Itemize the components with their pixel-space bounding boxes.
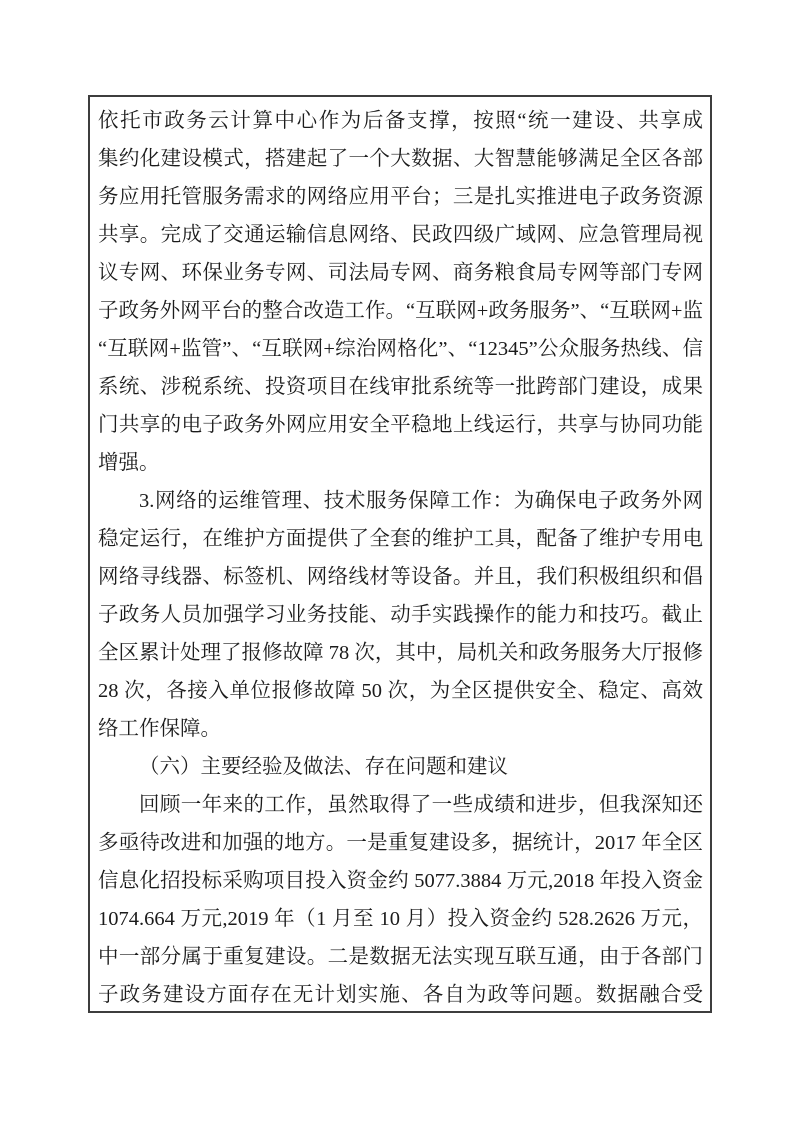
text-line: 集约化建设模式，搭建起了一个大数据、大智慧能够满足全区各部门政 — [98, 140, 703, 178]
text-line: “互联网+监管”、“互联网+综治网格化”、“12345”公众服务热线、信访 — [98, 330, 703, 368]
document-text-frame: 依托市政务云计算中心作为后备支撑，按照“统一建设、共享成果”的集约化建设模式，搭… — [88, 95, 712, 1013]
text-line: 28 次，各接入单位报修故障 50 次，为全区提供安全、稳定、高效的网 — [98, 672, 703, 710]
text-line: 全区累计处理了报修故障 78 次，其中，局机关和政务服务大厅报修故障 — [98, 634, 703, 672]
text-line: （六）主要经验及做法、存在问题和建议 — [98, 748, 703, 786]
text-line: 1074.664 万元,2019 年（1 月至 10 月）投入资金约 528.2… — [98, 900, 703, 938]
text-line: 子政务外网平台的整合改造工作。“互联网+政务服务”、“互联网+监督”、 — [98, 292, 703, 330]
text-line: 网络寻线器、标签机、网络线材等设备。并且，我们积极组织和倡导电 — [98, 558, 703, 596]
text-line: 子政务建设方面存在无计划实施、各自为政等问题。数据融合受阻，相 — [98, 976, 703, 1014]
text-line: 回顾一年来的工作，虽然取得了一些成绩和进步，但我深知还有许 — [98, 786, 703, 824]
text-line: 共享。完成了交通运输信息网络、民政四级广域网、应急管理局视频会 — [98, 216, 703, 254]
text-line: 增强。 — [98, 444, 703, 482]
text-line: 稳定运行，在维护方面提供了全套的维护工具，配备了维护专用电脑、 — [98, 520, 703, 558]
text-line: 络工作保障。 — [98, 710, 703, 748]
text-line: 门共享的电子政务外网应用安全平稳地上线运行，共享与协同功能不断 — [98, 406, 703, 444]
document-page: 依托市政务云计算中心作为后备支撑，按照“统一建设、共享成果”的集约化建设模式，搭… — [0, 0, 793, 1122]
text-line: 多亟待改进和加强的地方。一是重复建设多，据统计，2017 年全区政府 — [98, 824, 703, 862]
text-line: 信息化招投标采购项目投入资金约 5077.3884 万元,2018 年投入资金约 — [98, 862, 703, 900]
text-line: 依托市政务云计算中心作为后备支撑，按照“统一建设、共享成果”的 — [98, 102, 703, 140]
text-line: 系统、涉税系统、投资项目在线审批系统等一批跨部门建设，成果多部 — [98, 368, 703, 406]
text-line: 议专网、环保业务专网、司法局专网、商务粮食局专网等部门专网向电 — [98, 254, 703, 292]
text-line: 务应用托管服务需求的网络应用平台；三是扎实推进电子政务资源整合 — [98, 178, 703, 216]
text-line: 子政务人员加强学习业务技能、动手实践操作的能力和技巧。截止目前， — [98, 596, 703, 634]
text-line: 中一部分属于重复建设。二是数据无法实现互联互通，由于各部门在电 — [98, 938, 703, 976]
text-line: 3.网络的运维管理、技术服务保障工作：为确保电子政务外网平台 — [98, 482, 703, 520]
